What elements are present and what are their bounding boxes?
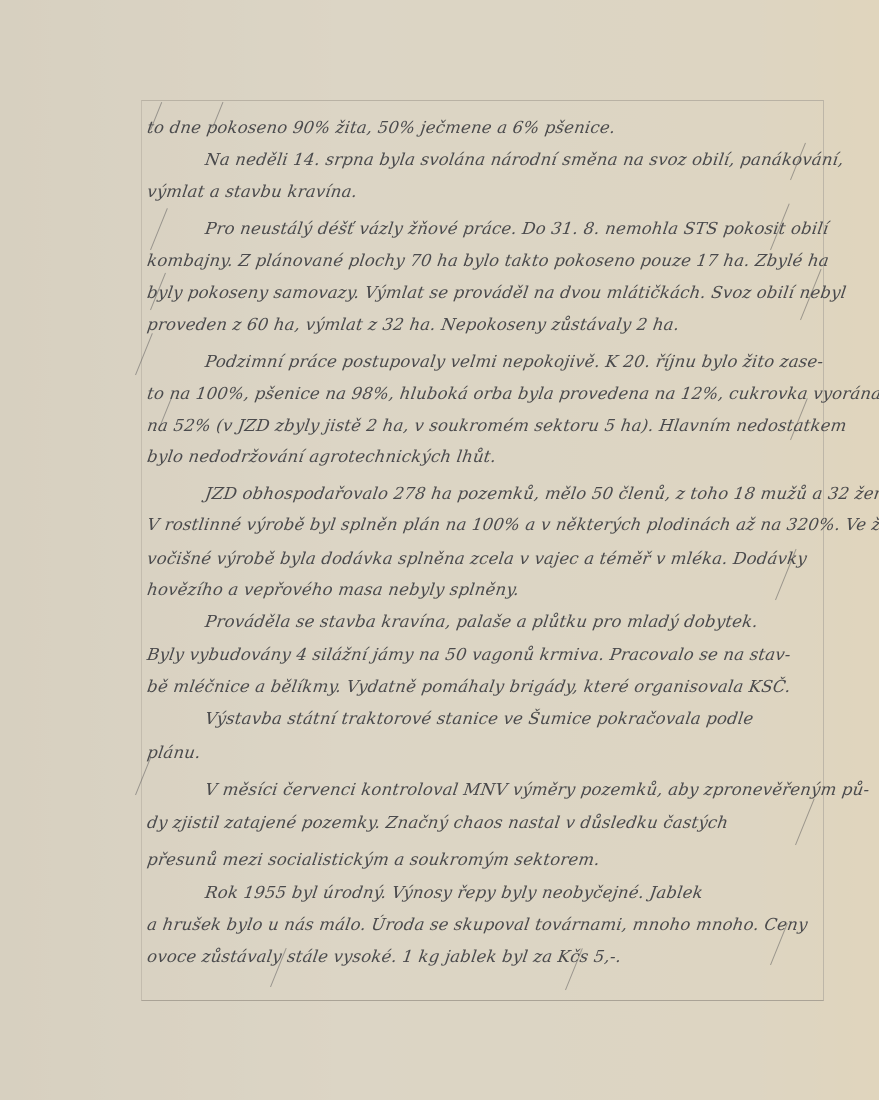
text-line: to na 100%, pšenice na 98%, hluboká orba… bbox=[146, 384, 825, 403]
text-line: bě mléčnice a bělíkmy. Vydatně pomáhaly … bbox=[146, 677, 825, 696]
text-line: byly pokoseny samovazy. Výmlat se provád… bbox=[146, 283, 825, 302]
text-line: Na neděli 14. srpna byla svolána národní… bbox=[146, 150, 879, 169]
text-line: vočišné výrobě byla dodávka splněna zcel… bbox=[146, 549, 825, 568]
text-line: Pro neustálý déšť vázly žňové práce. Do … bbox=[146, 219, 879, 238]
text-line: Prováděla se stavba kravína, palaše a pl… bbox=[146, 612, 879, 631]
text-line: dy zjistil zatajené pozemky. Značný chao… bbox=[146, 813, 825, 832]
text-line: V rostlinné výrobě byl splněn plán na 10… bbox=[146, 515, 825, 534]
text-line: JZD obhospodařovalo 278 ha pozemků, mělo… bbox=[146, 484, 879, 503]
text-line: kombajny. Z plánované plochy 70 ha bylo … bbox=[146, 251, 825, 270]
text-line: proveden z 60 ha, výmlat z 32 ha. Nepoko… bbox=[146, 315, 825, 334]
text-line: Výstavba státní traktorové stanice ve Šu… bbox=[146, 709, 879, 728]
text-line: ovoce zůstávaly stále vysoké. 1 kg jable… bbox=[146, 947, 825, 966]
text-line: Podzimní práce postupovaly velmi nepokoj… bbox=[146, 352, 879, 371]
text-line: přesunů mezi socialistickým a soukromým … bbox=[146, 850, 825, 869]
text-line: bylo nedodržování agrotechnických lhůt. bbox=[146, 447, 825, 466]
text-line: a hrušek bylo u nás málo. Úroda se skupo… bbox=[146, 915, 825, 934]
text-line: na 52% (v JZD zbyly jistě 2 ha, v soukro… bbox=[146, 416, 825, 435]
text-line: Byly vybudovány 4 silážní jámy na 50 vag… bbox=[146, 645, 825, 664]
text-line: V měsíci červenci kontroloval MNV výměry… bbox=[146, 780, 879, 799]
text-line: plánu. bbox=[146, 743, 825, 762]
text-line: Rok 1955 byl úrodný. Výnosy řepy byly ne… bbox=[146, 883, 879, 902]
text-line: hovězího a vepřového masa nebyly splněny… bbox=[146, 580, 825, 599]
text-line: výmlat a stavbu kravína. bbox=[146, 182, 825, 201]
text-line: to dne pokoseno 90% žita, 50% ječmene a … bbox=[146, 118, 825, 137]
